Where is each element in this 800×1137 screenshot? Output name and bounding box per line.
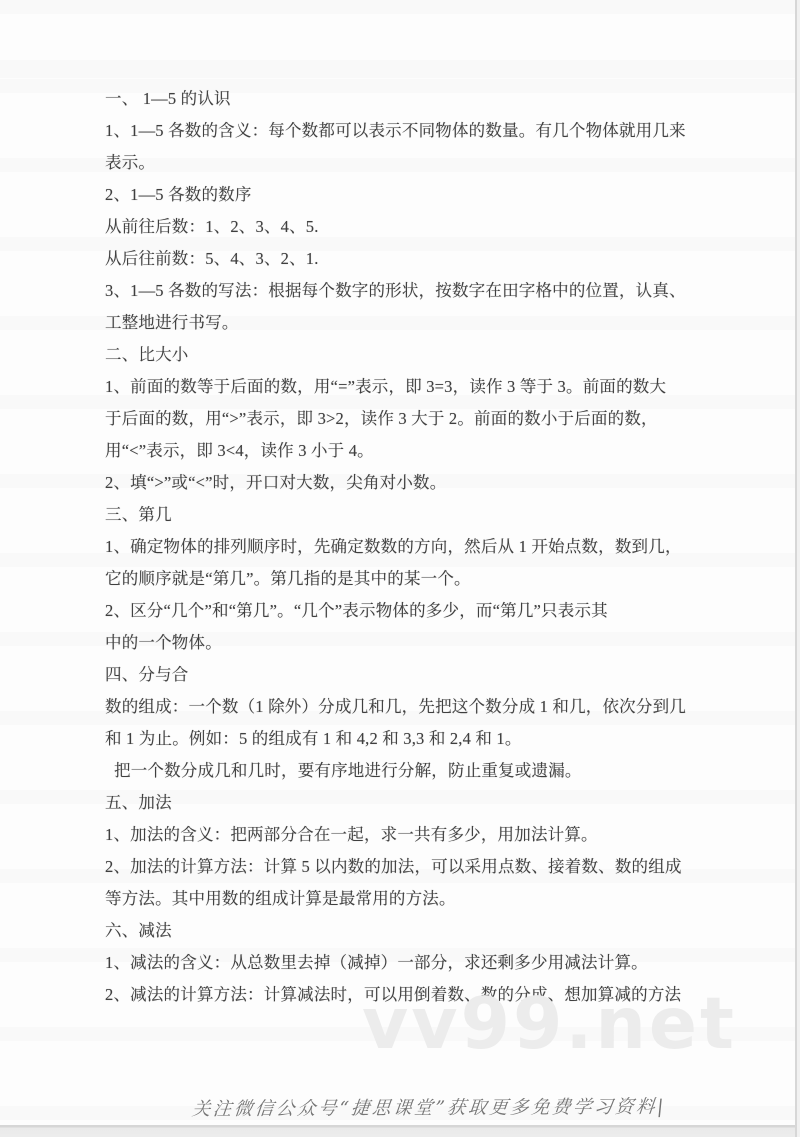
scan-artifact-band [0, 60, 800, 78]
document-line: 从后往前数：5、4、3、2、1. [105, 243, 727, 275]
section-heading: 三、第几 [105, 499, 727, 531]
footer-handwritten-note: 关注微信公众号“捷思课堂”获取更多免费学习资料| [190, 1093, 623, 1125]
document-line: 1、1—5 各数的含义：每个数都可以表示不同物体的数量。有几个物体就用几来 [105, 115, 727, 147]
document-line: 2、填“>”或“<”时，开口对大数，尖角对小数。 [105, 467, 727, 499]
document-line: 等方法。其中用数的组成计算是最常用的方法。 [105, 883, 727, 915]
section-heading: 四、分与合 [105, 659, 727, 691]
document-line: 和 1 为止。例如：5 的组成有 1 和 4,2 和 3,3 和 2,4 和 1… [105, 723, 727, 755]
document-line: 从前往后数：1、2、3、4、5. [105, 211, 727, 243]
scan-edge-line [795, 0, 797, 1137]
document-line: 数的组成：一个数（1 除外）分成几和几，先把这个数分成 1 和几，依次分到几 [105, 691, 727, 723]
document-line: 2、区分“几个”和“第几”。“几个”表示物体的多少，而“第几”只表示其 [105, 595, 727, 627]
document-line: 1、减法的含义：从总数里去掉（减掉）一部分，求还剩多少用减法计算。 [105, 947, 727, 979]
document-line: 1、加法的含义：把两部分合在一起，求一共有多少，用加法计算。 [105, 819, 727, 851]
section-heading: 六、减法 [105, 915, 727, 947]
section-heading: 一、 1—5 的认识 [105, 83, 727, 115]
scanned-document-page: 一、 1—5 的认识1、1—5 各数的含义：每个数都可以表示不同物体的数量。有几… [0, 0, 800, 1137]
document-line: 2、加法的计算方法：计算 5 以内数的加法，可以采用点数、接着数、数的组成 [105, 851, 727, 883]
document-line: 3、1—5 各数的写法：根据每个数字的形状，按数字在田字格中的位置，认真、 [105, 275, 727, 307]
document-line: 2、1—5 各数的数序 [105, 179, 727, 211]
document-line: 工整地进行书写。 [105, 307, 727, 339]
watermark: vv99.net [362, 988, 762, 1060]
document-line: 1、确定物体的排列顺序时，先确定数数的方向，然后从 1 开始点数，数到几， [105, 531, 727, 563]
document-line: 表示。 [105, 147, 727, 179]
document-line: 把一个数分成几和几时，要有序地进行分解，防止重复或遗漏。 [105, 755, 727, 787]
document-line: 用“<”表示，即 3<4，读作 3 小于 4。 [105, 435, 727, 467]
scan-bottom-band [0, 1125, 800, 1137]
document-line: 它的顺序就是“第几”。第几指的是其中的某一个。 [105, 563, 727, 595]
document-line: 于后面的数，用“>”表示，即 3>2，读作 3 大于 2。前面的数小于后面的数， [105, 403, 727, 435]
document-line: 1、前面的数等于后面的数，用“=”表示，即 3=3，读作 3 等于 3。前面的数… [105, 371, 727, 403]
section-heading: 五、加法 [105, 787, 727, 819]
document-body: 一、 1—5 的认识1、1—5 各数的含义：每个数都可以表示不同物体的数量。有几… [105, 83, 727, 1011]
document-line: 中的一个物体。 [105, 627, 727, 659]
section-heading: 二、比大小 [105, 339, 727, 371]
